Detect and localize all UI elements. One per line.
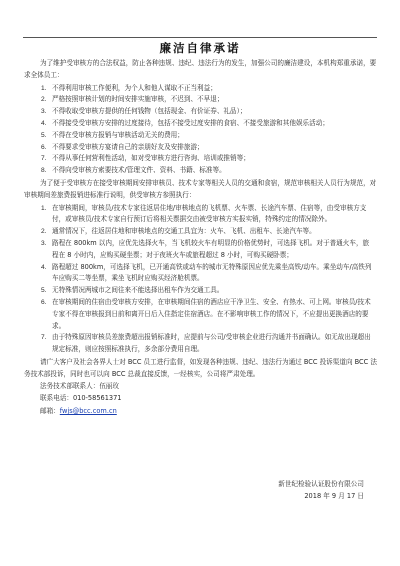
travel-rule-item: 2.通常情况下，往返居住地和审核地点的交通工具宜为：火车、飞机、出租车、长途汽车… bbox=[24, 226, 378, 238]
page-title: 廉洁自律承诺 bbox=[0, 40, 400, 56]
contact-phone-label: 联系电话： bbox=[40, 394, 73, 402]
travel-rule-item: 6.在审核期间的住宿由受审核方安排，在审核期间住宿的酒店应干净卫生、安全、有热水… bbox=[24, 297, 378, 332]
commitment-item: 8.不得向受审核方索要技术/管理文件、资料、书籍、标准等。 bbox=[24, 165, 378, 177]
contact-email: 邮箱：fwjs@bcc.com.cn bbox=[24, 406, 378, 418]
contact-phone-number: 010-58561371 bbox=[73, 394, 122, 402]
travel-rules-list: 1.在审核期间，审核员/技术专家往返居住地/审核地点的飞机票、火车票、长途汽车票… bbox=[24, 203, 378, 356]
email-link[interactable]: fwjs@bcc.com.cn bbox=[60, 407, 117, 415]
contact-person-name: 伍丽玫 bbox=[99, 382, 119, 390]
contact-email-label: 邮箱： bbox=[40, 407, 60, 415]
commitment-item: 1.不得利用审核工作便利，为个人和他人谋取不正当利益； bbox=[24, 83, 378, 95]
contact-phone: 联系电话：010-58561371 bbox=[24, 393, 378, 405]
travel-rule-item: 3.路程在 800km 以内，应优先选择火车，当飞机较火车有明显的价格优势时，可… bbox=[24, 238, 378, 262]
intro-paragraph: 为了维护受审核方的合法权益，防止各种违规、违纪、违法行为的发生，加强公司的廉洁建… bbox=[24, 58, 378, 82]
travel-rule-item: 1.在审核期间，审核员/技术专家往返居住地/审核地点的飞机票、火车票、长途汽车票… bbox=[24, 203, 378, 227]
contact-person: 法务技术部联系人：伍丽玫 bbox=[24, 381, 378, 393]
supervision-paragraph: 请广大客户及社会各界人士对 BCC 员工进行监督，如发现各种违规、违纪、违法行为… bbox=[24, 357, 378, 381]
travel-rule-item: 4.路程超过 800km，可选择飞机，已开通高铁或动车的城市无特殊原因应优先乘坐… bbox=[24, 262, 378, 286]
signature-date: 2018 年 9 月 17 日 bbox=[278, 490, 364, 502]
commitment-item: 5.不得在受审核方报销与审核活动无关的费用； bbox=[24, 130, 378, 142]
travel-rule-item: 5.无特殊情况两城市之间往来不能选择出租车作为交通工具。 bbox=[24, 285, 378, 297]
travel-rule-item: 7.由于特殊原因审核员差旅费超出报销标准时，应提前与公司/受审核企业进行沟通并书… bbox=[24, 332, 378, 356]
signature-block: 新世纪检验认证股份有限公司 2018 年 9 月 17 日 bbox=[278, 478, 364, 502]
commitment-item: 7.不得从事任何营利性活动，如对受审核方进行咨询、培训或推销等； bbox=[24, 153, 378, 165]
commitments-list: 1.不得利用审核工作便利，为个人和他人谋取不正当利益； 2.严格按照审核计划的时… bbox=[24, 83, 378, 177]
commitment-item: 4.不得接受受审核方安排的过度接待，包括不接受过度安排的食宿、不接受旅游和其他娱… bbox=[24, 118, 378, 130]
document-page: 廉洁自律承诺 为了维护受审核方的合法权益，防止各种违规、违纪、违法行为的发生，加… bbox=[0, 0, 400, 566]
document-body: 为了维护受审核方的合法权益，防止各种违规、违纪、违法行为的发生，加强公司的廉洁建… bbox=[24, 58, 378, 418]
contact-person-label: 法务技术部联系人： bbox=[40, 382, 99, 390]
header-rule bbox=[23, 37, 377, 38]
commitment-item: 2.严格按照审核计划的时间安排实施审核，不迟到、不早退； bbox=[24, 94, 378, 106]
commitment-item: 3.不得收取受审核方提供的任何钱物（包括现金、有价证券、礼品）； bbox=[24, 106, 378, 118]
company-name: 新世纪检验认证股份有限公司 bbox=[278, 478, 364, 490]
travel-intro-paragraph: 为了便于受审核方在接受审核期间安排审核员、技术专家等相关人员的交通和食宿，规范审… bbox=[24, 178, 378, 202]
commitment-item: 6.不得要求受审核方宴请自己的亲朋好友及安排旅游； bbox=[24, 142, 378, 154]
